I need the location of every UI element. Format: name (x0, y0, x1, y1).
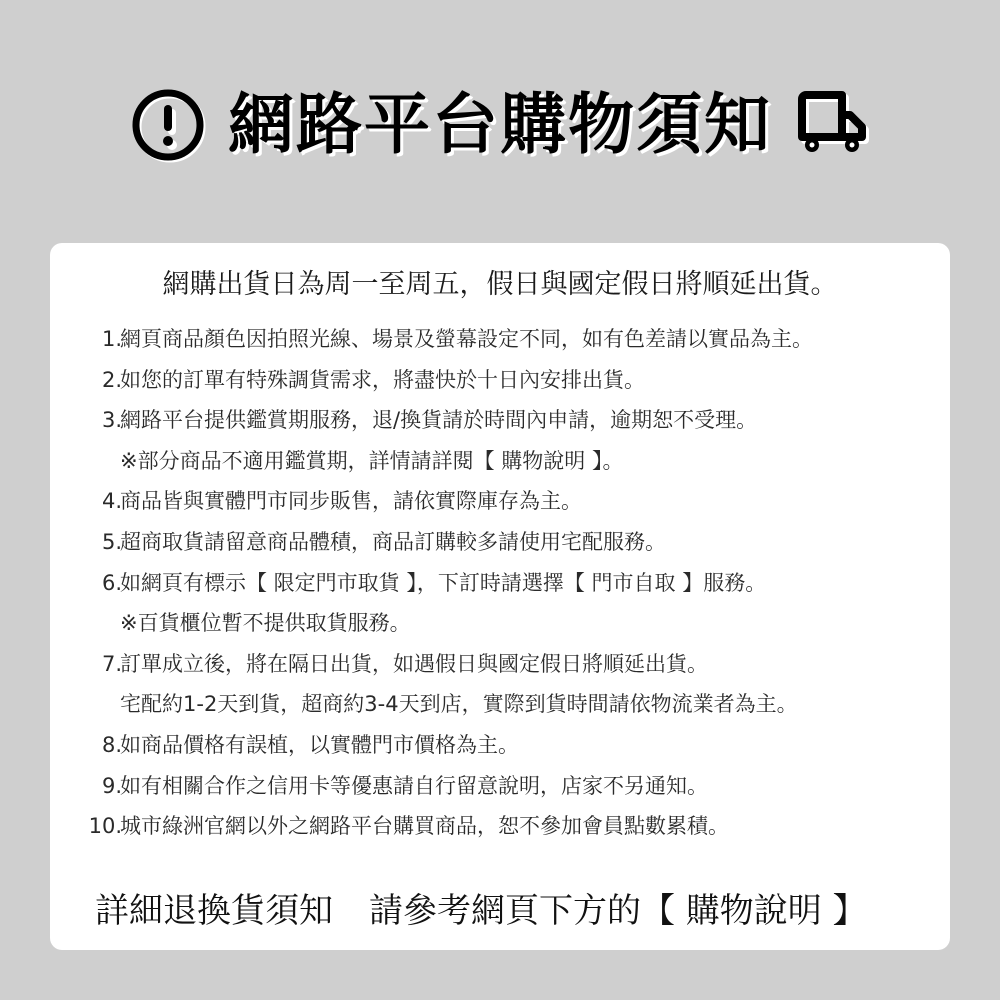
return-policy-footer: 詳細退換貨須知請參考網頁下方的【 購物說明 】 (95, 888, 867, 934)
exclamation-circle-icon (128, 85, 208, 165)
item-number: 10. (89, 806, 122, 847)
item-text: 網頁商品顏色因拍照光線、場景及螢幕設定不同，如有色差請以實品為主。 (120, 319, 813, 360)
list-item: 10.城市綠洲官網以外之網路平台購買商品，恕不參加會員點數累積。 (50, 806, 950, 847)
item-text: 城市綠洲官網以外之網路平台購買商品，恕不參加會員點數累積。 (120, 806, 729, 847)
item-text: ※部分商品不適用鑑賞期，詳情請詳閱【 購物說明 】。 (120, 441, 623, 482)
list-item: 7.訂單成立後，將在隔日出貨，如遇假日與國定假日將順延出貨。 (50, 644, 950, 685)
list-item: 8.如商品價格有誤植，以實體門市價格為主。 (50, 725, 950, 766)
item-number: 4. (102, 481, 122, 522)
item-text: 宅配約1-2天到貨，超商約3-4天到店，實際到貨時間請依物流業者為主。 (120, 684, 798, 725)
list-item: 4.商品皆與實體門市同步販售，請依實際庫存為主。 (50, 481, 950, 522)
item-number: 8. (102, 725, 122, 766)
list-item-note: ※部分商品不適用鑑賞期，詳情請詳閱【 購物說明 】。 (50, 441, 950, 482)
item-number: 5. (102, 522, 122, 563)
list-item: 9.如有相關合作之信用卡等優惠請自行留意說明，店家不另通知。 (50, 766, 950, 807)
item-number: 7. (102, 644, 122, 685)
list-item-note: ※百貨櫃位暫不提供取貨服務。 (50, 603, 950, 644)
item-text: 商品皆與實體門市同步販售，請依實際庫存為主。 (120, 481, 582, 522)
item-number: 1. (102, 319, 122, 360)
list-item: 5.超商取貨請留意商品體積，商品訂購較多請使用宅配服務。 (50, 522, 950, 563)
item-number: 9. (102, 766, 122, 807)
list-item-note: 宅配約1-2天到貨，超商約3-4天到店，實際到貨時間請依物流業者為主。 (50, 684, 950, 725)
list-item: 6.如網頁有標示【 限定門市取貨 】，下訂時請選擇【 門市自取 】服務。 (50, 563, 950, 604)
page-title: 網路平台購物須知 (228, 80, 772, 170)
item-text: ※百貨櫃位暫不提供取貨服務。 (120, 603, 411, 644)
list-item: 2.如您的訂單有特殊調貨需求，將盡快於十日內安排出貨。 (50, 360, 950, 401)
item-number: 3. (102, 400, 122, 441)
item-text: 訂單成立後，將在隔日出貨，如遇假日與國定假日將順延出貨。 (120, 644, 708, 685)
footer-right-text: 請參考網頁下方的【 購物說明 】 (369, 891, 867, 931)
item-number: 6. (102, 563, 122, 604)
item-text: 如商品價格有誤植，以實體門市價格為主。 (120, 725, 519, 766)
item-text: 超商取貨請留意商品體積，商品訂購較多請使用宅配服務。 (120, 522, 666, 563)
delivery-truck-icon (792, 85, 872, 165)
list-item: 1.網頁商品顏色因拍照光線、場景及螢幕設定不同，如有色差請以實品為主。 (50, 319, 950, 360)
item-text: 如網頁有標示【 限定門市取貨 】，下訂時請選擇【 門市自取 】服務。 (120, 563, 766, 604)
list-item: 3.網路平台提供鑑賞期服務，退/換貨請於時間內申請，逾期恕不受理。 (50, 400, 950, 441)
notice-card: 網購出貨日為周一至周五，假日與國定假日將順延出貨。 1.網頁商品顏色因拍照光線、… (50, 243, 950, 950)
footer-left-text: 詳細退換貨須知 (95, 891, 333, 931)
notice-list: 1.網頁商品顏色因拍照光線、場景及螢幕設定不同，如有色差請以實品為主。 2.如您… (50, 319, 950, 847)
item-text: 如有相關合作之信用卡等優惠請自行留意說明，店家不另通知。 (120, 766, 708, 807)
shipping-schedule-notice: 網購出貨日為周一至周五，假日與國定假日將順延出貨。 (50, 265, 950, 305)
item-text: 如您的訂單有特殊調貨需求，將盡快於十日內安排出貨。 (120, 360, 645, 401)
item-number: 2. (102, 360, 122, 401)
item-text: 網路平台提供鑑賞期服務，退/換貨請於時間內申請，逾期恕不受理。 (120, 400, 757, 441)
page-header: 網路平台購物須知 (0, 80, 1000, 170)
